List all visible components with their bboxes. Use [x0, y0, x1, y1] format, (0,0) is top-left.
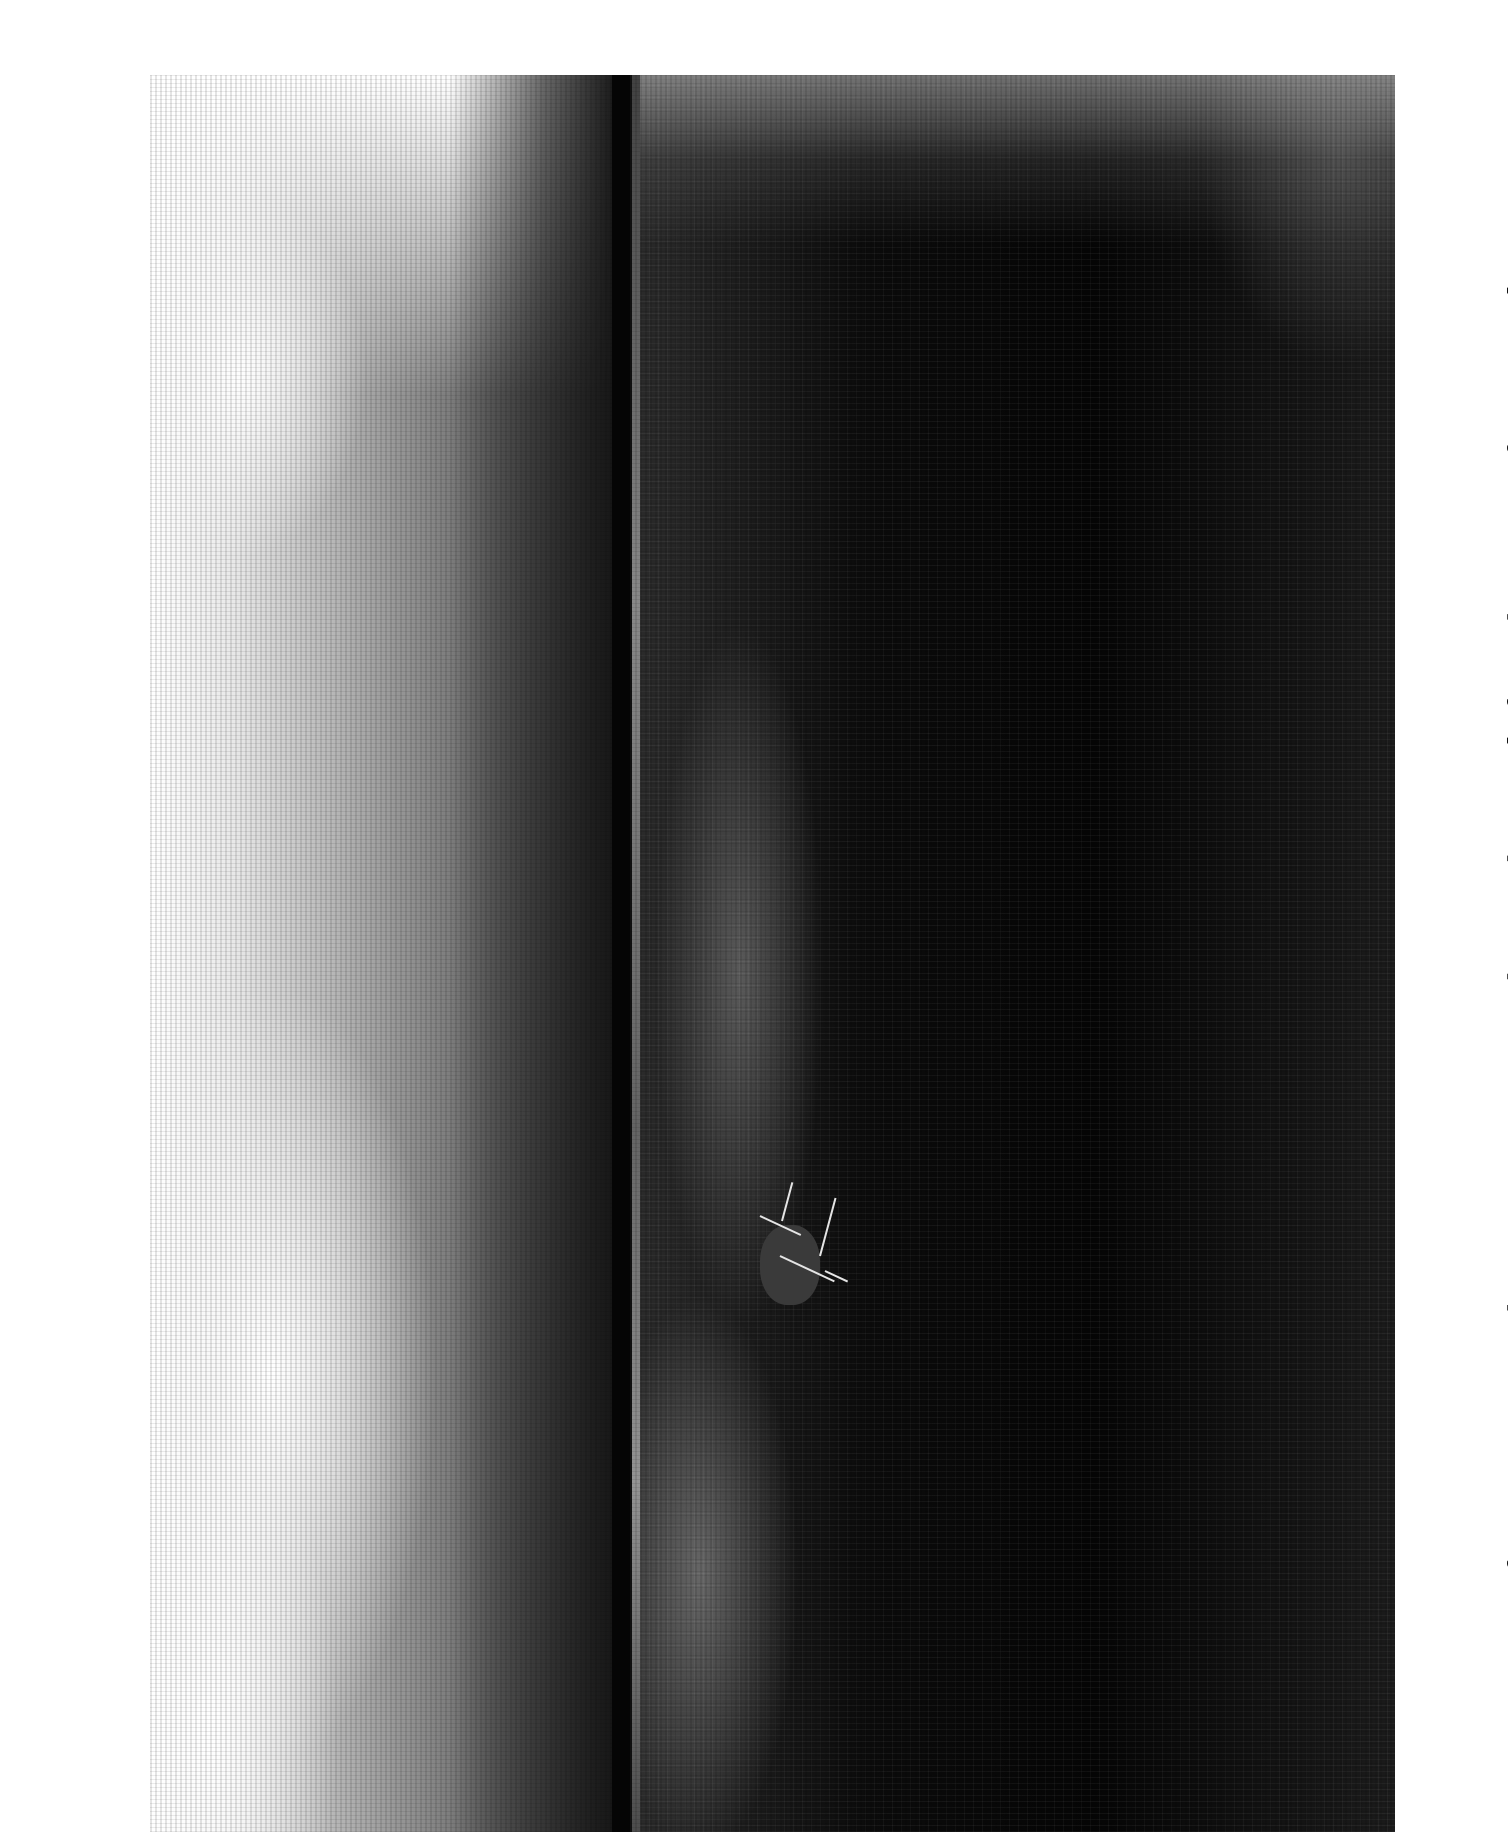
halftone-texture [150, 75, 1395, 1832]
excavation-frame [720, 1130, 860, 1320]
worker-figure [760, 1225, 820, 1305]
excavation-photo [150, 75, 1395, 1832]
frame-bar [819, 1198, 836, 1256]
frame-bar [781, 1182, 793, 1221]
frame-bar [825, 1270, 849, 1282]
caption-line-1: 6.6. Excavation of Unit A at Viscachani … [1500, 72, 1508, 1832]
figure-caption: 6.6. Excavation of Unit A at Viscachani … [1500, 72, 1508, 1832]
